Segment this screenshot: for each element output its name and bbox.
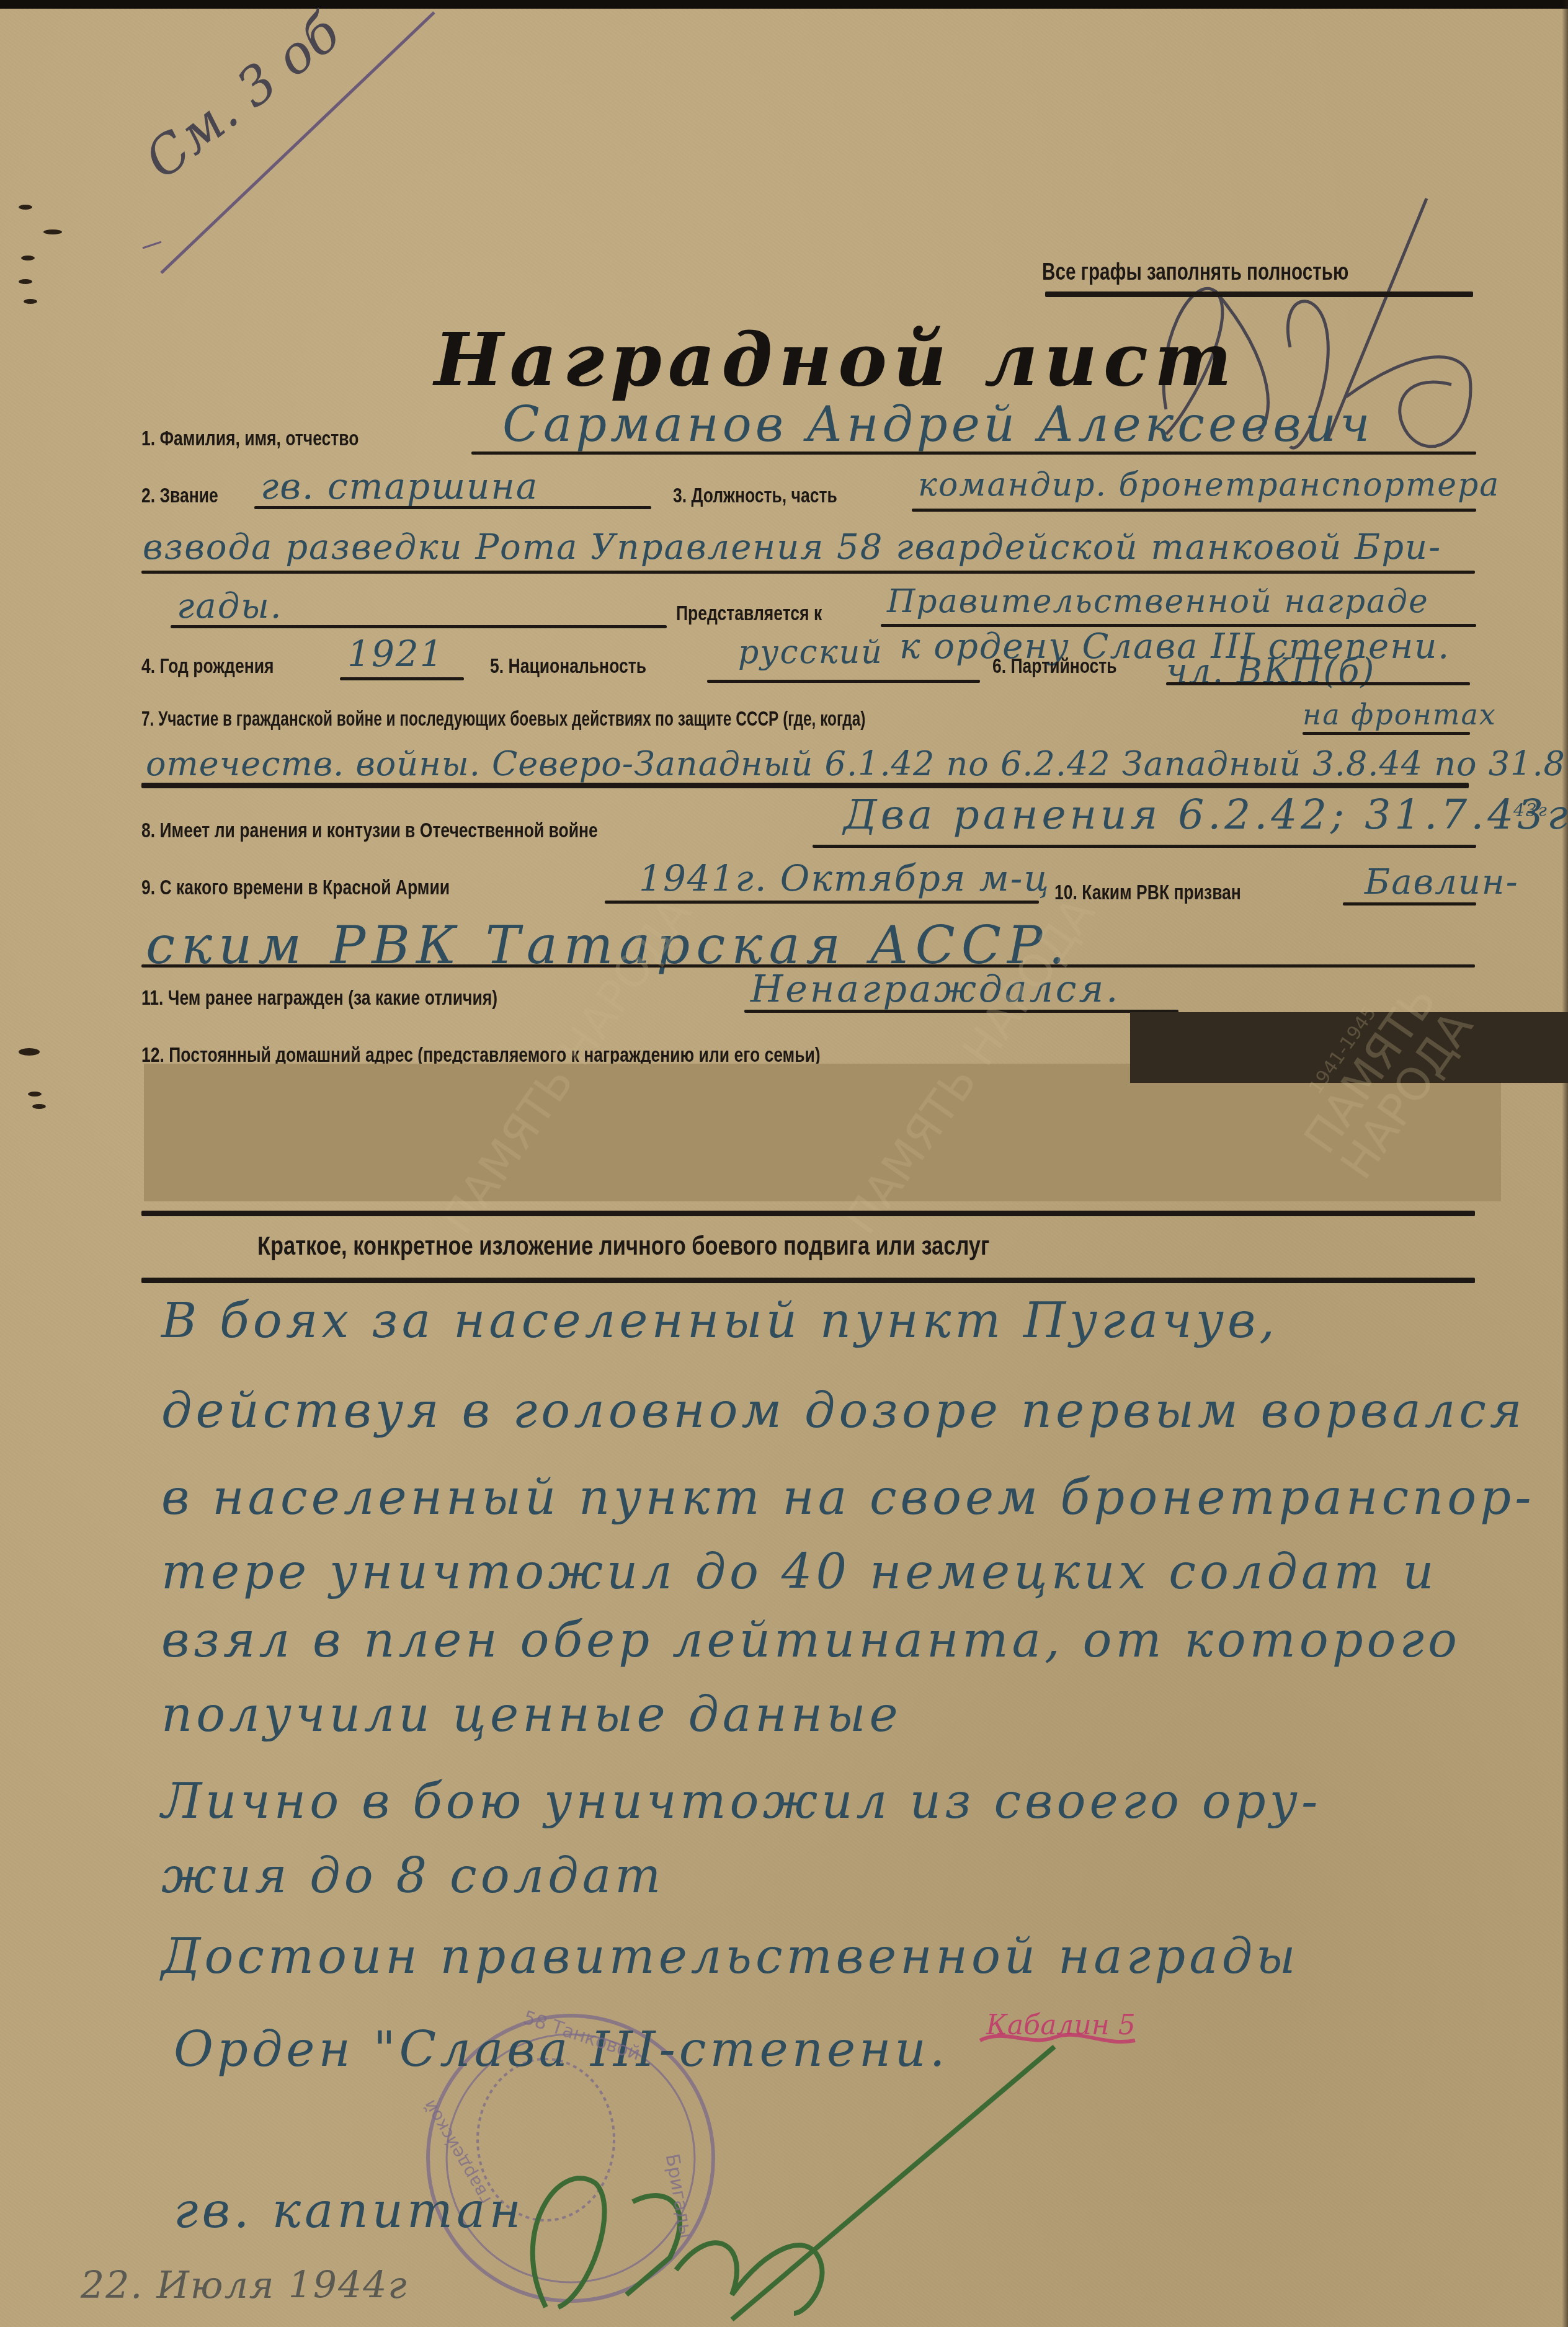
narrative-line: действуя в головном дозоре первым ворвал… bbox=[161, 1383, 1526, 1439]
field-4-line bbox=[340, 677, 464, 680]
instruction-underline bbox=[1045, 291, 1473, 297]
signature-date: 22. Июля 1944г bbox=[81, 2264, 408, 2307]
field-8-value: Два ранения 6.2.42; 31.7.43г bbox=[844, 791, 1568, 839]
narrative-line: взял в плен обер лейтинанта, от которого bbox=[161, 1613, 1461, 1668]
field-2-line bbox=[254, 506, 651, 509]
section-heading: Краткое, конкретное изложение личного бо… bbox=[257, 1231, 989, 1261]
field-9-value: 1941г. Октября м-ц bbox=[639, 857, 1050, 899]
narrative-line: жия до 8 солдат bbox=[161, 1848, 664, 1904]
field-5-value: русский bbox=[738, 634, 883, 671]
field-6-label: 6. Партийность bbox=[992, 654, 1117, 679]
field-6-value: чл. ВКП(б) bbox=[1166, 651, 1375, 692]
green-signature bbox=[533, 2047, 1054, 2320]
field-3-label: 3. Должность, часть bbox=[673, 484, 837, 508]
field-3-line-1 bbox=[912, 509, 1476, 512]
field-9-label: 9. С какого времени в Красной Армии bbox=[141, 876, 450, 900]
instruction-text: Все графы заполнять полностью bbox=[1042, 259, 1348, 286]
field-7-line-2 bbox=[141, 783, 1469, 788]
narrative-line: тере уничтожил до 40 немецких солдат и bbox=[161, 1544, 1438, 1600]
field-11-label: 11. Чем ранее награжден (за какие отличи… bbox=[141, 986, 497, 1010]
field-8-line bbox=[813, 845, 1476, 848]
field-4-label: 4. Год рождения bbox=[141, 654, 274, 679]
field-8-label: 8. Имеет ли ранения и контузии в Отечест… bbox=[141, 819, 598, 843]
page-title: Наградной лист bbox=[434, 316, 1238, 403]
section-rule-top bbox=[141, 1211, 1475, 1216]
field-5-line bbox=[707, 680, 980, 683]
award-sheet-page: См. 3 об Все графы заполнять полностью Н… bbox=[0, 0, 1568, 2327]
field-10-label: 10. Каким РВК призван bbox=[1054, 881, 1241, 905]
field-3-value-1: командир. бронетранспортера bbox=[918, 466, 1500, 504]
field-5-label: 5. Национальность bbox=[490, 654, 646, 679]
field-1-value: Сарманов Андрей Алексеевич bbox=[502, 397, 1373, 453]
field-3-value-2: взвода разведки Рота Управления 58 гвард… bbox=[143, 527, 1441, 567]
field-11-line bbox=[744, 1010, 1178, 1013]
field-6-line bbox=[1166, 682, 1470, 685]
field-7-value-1: на фронтах bbox=[1303, 698, 1497, 731]
field-1-line bbox=[471, 452, 1476, 455]
narrative-line: Достоин правительственной награды bbox=[161, 1929, 1299, 1985]
narrative-line: получили ценные данные bbox=[161, 1687, 902, 1743]
field-10-line-1 bbox=[1343, 902, 1476, 905]
section-rule-bottom bbox=[141, 1278, 1475, 1283]
narrative-line: В боях за населенный пункт Пугачув, bbox=[161, 1293, 1278, 1349]
field-4-value: 1921 bbox=[347, 633, 444, 675]
field-10-value-1: Бавлин- bbox=[1365, 862, 1519, 902]
field-2-value: гв. старшина bbox=[261, 465, 538, 507]
field-7-label: 7. Участие в гражданской войне и последу… bbox=[141, 707, 865, 731]
field-3-line-3 bbox=[171, 625, 667, 628]
field-3-line-2 bbox=[141, 571, 1475, 574]
narrative-line: Лично в бою уничтожил из своего ору- bbox=[161, 1774, 1321, 1830]
presented-label: Представляется к bbox=[676, 602, 822, 626]
signer-rank: гв. капитан bbox=[174, 2183, 525, 2239]
narrative-line: в населенный пункт на своем бронетранспо… bbox=[161, 1470, 1535, 1526]
field-3-value-3: гады. bbox=[177, 586, 283, 626]
presented-value-1: Правительственной награде bbox=[887, 583, 1429, 620]
field-7-line-1 bbox=[1303, 732, 1470, 735]
field-7-value-2: отечеств. войны. Северо-Западный 6.1.42 … bbox=[146, 744, 1568, 783]
field-2-label: 2. Звание bbox=[141, 484, 218, 508]
magenta-note: Кабалин 5 bbox=[986, 2009, 1136, 2041]
field-1-label: 1. Фамилия, имя, отчество bbox=[141, 427, 359, 451]
